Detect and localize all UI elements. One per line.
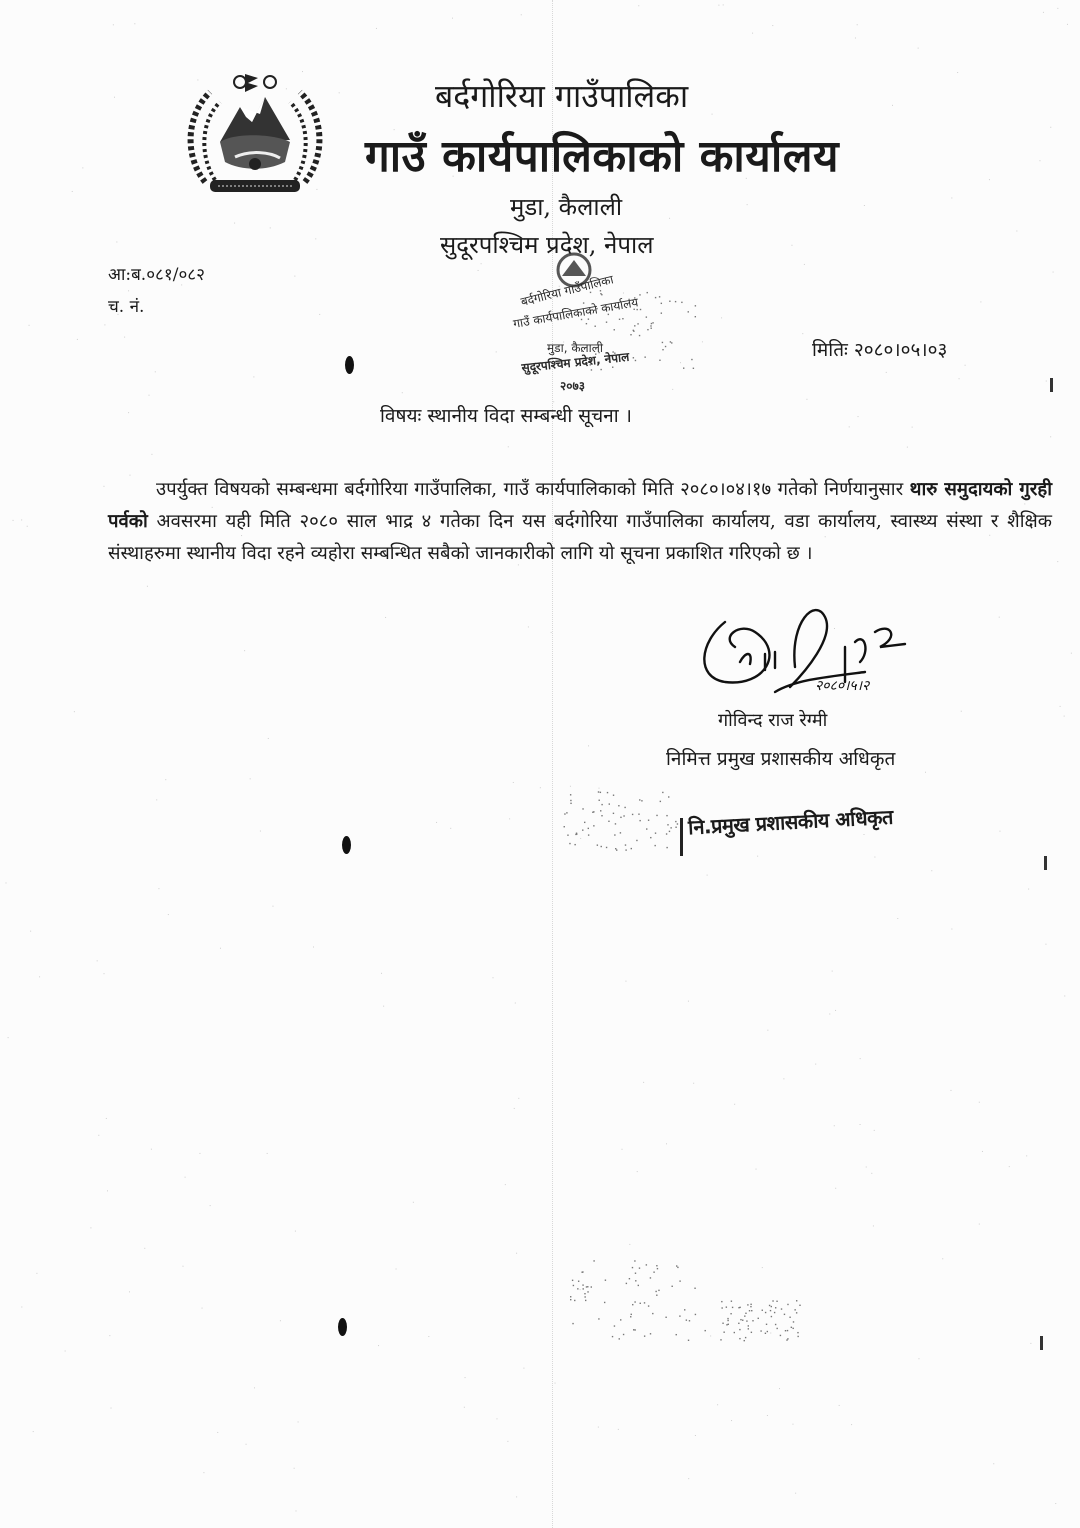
fiscal-year: आ:ब.०८१/०८२ (108, 262, 205, 285)
nepal-emblem-icon (180, 62, 330, 210)
punch-hole (338, 1318, 347, 1336)
edge-mark (1040, 1336, 1043, 1350)
punch-hole (342, 836, 351, 854)
svg-text:२०७३: २०७३ (560, 379, 585, 393)
edge-mark (1044, 856, 1047, 870)
signer-name: गोविन्द राज रेग्मी (718, 708, 827, 732)
office-title: गाउँ कार्यपालिकाको कार्यालय (365, 124, 839, 184)
body-text-part2: अवसरमा यही मिति २०८० साल भाद्र ४ गतेका द… (108, 511, 1052, 564)
dispatch-number: च. नं. (108, 294, 144, 317)
notice-subject: विषयः स्थानीय विदा सम्बन्धी सूचना । (380, 402, 632, 428)
office-seal-stamp: बर्दगोरिया गाउँपालिका गाउँ कार्यपालिकाको… (492, 248, 692, 393)
handwritten-signature: २०८०।५।२ (695, 592, 925, 700)
body-text-part1: उपर्युक्त विषयको सम्बन्धमा बर्दगोरिया गा… (156, 479, 910, 500)
designation-stamp: नि.प्रमुख प्रशासकीय अधिकृत (680, 800, 940, 858)
signer-title: निमित्त प्रमुख प्रशासकीय अधिकृत (666, 745, 895, 771)
notice-document: बर्दगोरिया गाउँपालिका गाउँ कार्यपालिकाको… (0, 0, 1080, 1528)
office-location: मुडा, कैलाली (510, 190, 622, 223)
municipality-name: बर्दगोरिया गाउँपालिका (435, 74, 688, 117)
notice-body: उपर्युक्त विषयको सम्बन्धमा बर्दगोरिया गा… (108, 474, 1052, 570)
svg-text:२०८०।५।२: २०८०।५।२ (815, 678, 871, 694)
punch-hole (345, 356, 354, 374)
designation-stamp-text: नि.प्रमुख प्रशासकीय अधिकृत (687, 803, 893, 841)
edge-mark (1050, 378, 1053, 392)
issue-date: मितिः २०८०।०५।०३ (812, 336, 947, 362)
